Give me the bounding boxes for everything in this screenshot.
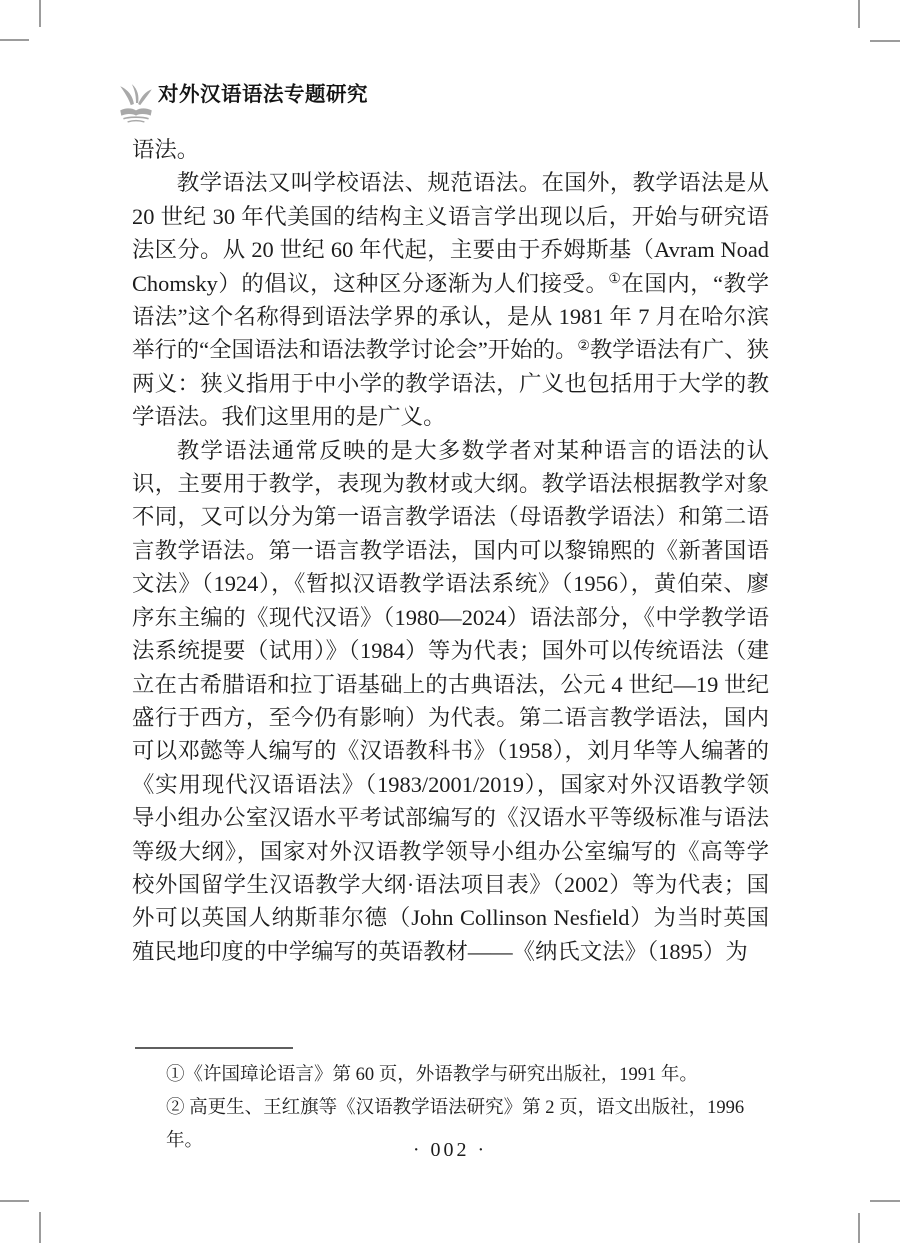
footnote-separator bbox=[135, 1047, 293, 1049]
body-text: 语法。 教学语法又叫学校语法、规范语法。在国外，教学语法是从 20 世纪 30 … bbox=[132, 133, 769, 968]
crop-mark-bottom-left-vertical bbox=[39, 1212, 41, 1243]
crop-mark-bottom-right-vertical bbox=[858, 1213, 860, 1243]
page-number: · 002 · bbox=[0, 1139, 900, 1162]
paragraph-teaching-grammar: 教学语法又叫学校语法、规范语法。在国外，教学语法是从 20 世纪 30 年代美国… bbox=[132, 166, 769, 433]
crop-mark-bottom-left-horizontal bbox=[0, 1200, 29, 1202]
footnote-ref-1: ① bbox=[608, 272, 621, 287]
crop-mark-top-right-horizontal bbox=[870, 40, 900, 42]
crop-mark-top-left-horizontal bbox=[0, 39, 29, 41]
footnote-item-1: ①《许国璋论语言》第 60 页，外语教学与研究出版社，1991 年。 bbox=[132, 1059, 777, 1092]
crop-mark-top-left-vertical bbox=[39, 0, 41, 27]
book-page: 对外汉语语法专题研究 语法。 教学语法又叫学校语法、规范语法。在国外，教学语法是… bbox=[0, 0, 900, 1243]
footnote-ref-2: ② bbox=[577, 339, 589, 354]
running-head-title: 对外汉语语法专题研究 bbox=[158, 80, 368, 110]
crop-mark-bottom-right-horizontal bbox=[870, 1200, 900, 1202]
book-sprout-icon bbox=[118, 82, 154, 124]
paragraph-grammar-examples: 教学语法通常反映的是大多数学者对某种语言的语法的认识，主要用于教学，表现为教材或… bbox=[132, 434, 769, 969]
paragraph-continuation: 语法。 bbox=[132, 133, 769, 166]
running-head: 对外汉语语法专题研究 bbox=[118, 80, 368, 124]
crop-mark-top-right-vertical bbox=[858, 0, 860, 28]
